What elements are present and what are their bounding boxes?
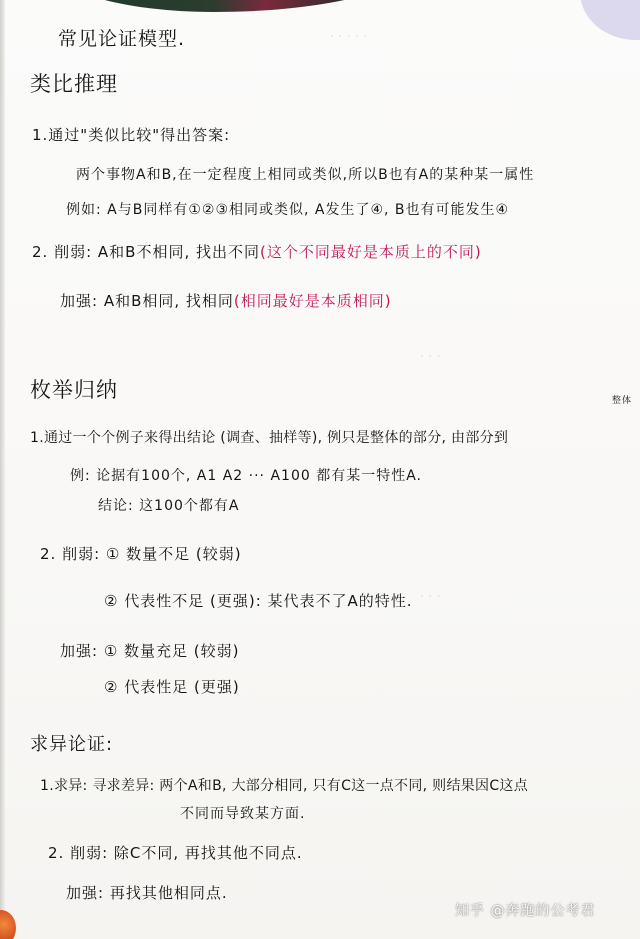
page-title: 常见论证模型. — [58, 24, 185, 51]
difference-point-1-cont: 不同而导致某方面. — [180, 803, 305, 823]
analogy-strengthen-note: (相同最好是本质相同) — [234, 292, 392, 310]
bleed-through: · · · — [420, 590, 441, 605]
induction-strengthen-item-2: ② 代表性足 (更强) — [104, 676, 240, 697]
analogy-description: 两个事物A和B,在一定程度上相同或类似,所以B也有A的某种某一属性 — [76, 164, 534, 184]
section-heading-difference: 求异论证: — [30, 730, 113, 756]
section-heading-induction: 枚举归纳 — [30, 374, 118, 404]
section-heading-analogy: 类比推理 — [30, 68, 118, 98]
induction-weaken-item-2: ② 代表性不足 (更强): 某代表不了A的特性. — [104, 590, 413, 611]
top-right-corner — [580, 0, 640, 40]
induction-conclusion: 结论: 这100个都有A — [98, 495, 239, 515]
analogy-example: 例如: A与B同样有①②③相同或类似, A发生了④, B也有可能发生④ — [66, 199, 509, 219]
bleed-through: · · · — [420, 350, 441, 365]
watermark: 知乎 @奔跑的公考君 — [455, 900, 595, 920]
induction-weaken: 2. 削弱: ① 数量不足 (较弱) — [40, 543, 242, 564]
analogy-weaken-label: 2. 削弱: A和B不相同, 找出不同 — [32, 243, 260, 261]
notebook-page: · · · · · · · · · · · 常见论证模型. 类比推理 1.通过"… — [0, 0, 640, 939]
induction-strengthen: 加强: ① 数量充足 (较弱) — [60, 640, 240, 661]
top-cover-edge — [50, 0, 410, 12]
difference-weaken: 2. 削弱: 除C不同, 再找其他不同点. — [48, 842, 303, 863]
difference-point-1: 1.求异: 寻求差异: 两个A和B, 大部分相同, 只有C这一点不同, 则结果因… — [40, 775, 528, 795]
induction-example: 例: 论据有100个, A1 A2 ··· A100 都有某一特性A. — [70, 465, 422, 485]
analogy-strengthen-label: 加强: A和B相同, 找相同 — [60, 292, 234, 310]
difference-strengthen: 加强: 再找其他相同点. — [66, 882, 228, 903]
analogy-point-1: 1.通过"类似比较"得出答案: — [32, 124, 230, 145]
bleed-through: · · · · · — [330, 30, 367, 45]
side-annotation: 整体 — [612, 393, 632, 406]
analogy-strengthen: 加强: A和B相同, 找相同(相同最好是本质相同) — [60, 290, 392, 311]
left-page-edge — [0, 0, 5, 939]
analogy-weaken-note: (这个不同最好是本质上的不同) — [260, 243, 482, 261]
orange-corner-object — [0, 910, 16, 939]
induction-point-1: 1.通过一个个例子来得出结论 (调查、抽样等), 例只是整体的部分, 由部分到 — [30, 427, 508, 447]
analogy-weaken: 2. 削弱: A和B不相同, 找出不同(这个不同最好是本质上的不同) — [32, 241, 482, 262]
